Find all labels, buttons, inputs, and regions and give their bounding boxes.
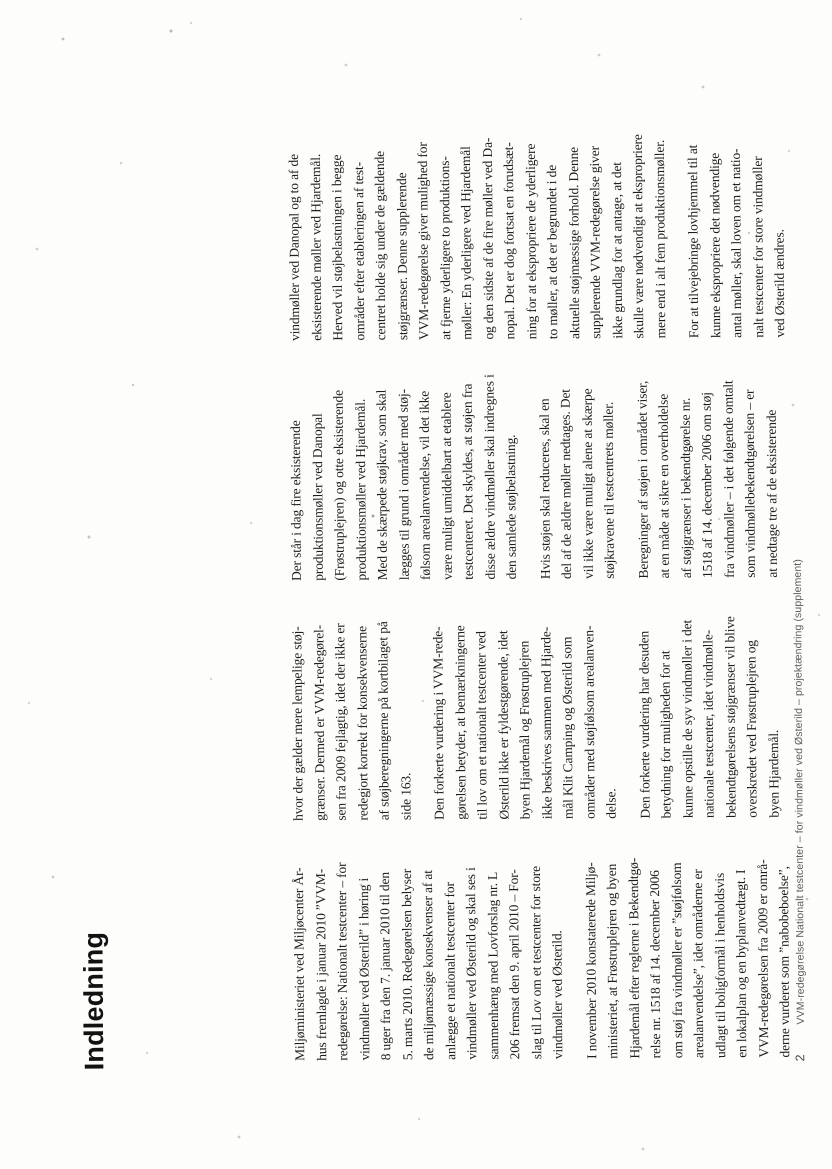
text-line: at en måde at sikre en overholdelse (652, 338, 675, 578)
page-footer: 2 VVM-redegørelse Nationalt testcenter –… (790, 559, 808, 1061)
text-line: om støj fra vindmøller er ”støjfølsom (665, 818, 688, 1058)
text-line: betydning for muligheden for at (654, 578, 677, 818)
text-line: aktuelle støjmæssige forhold. Denne (562, 99, 585, 339)
text-line: skulle være nødvendigt at ekspropriere (627, 98, 650, 338)
text-line: produktionsmøller ved Danopal (306, 341, 329, 581)
text-line: delse. (599, 579, 622, 819)
text-line: vindmøller ved Østerild” i høring i (352, 820, 375, 1060)
text-line: en lokalplan og en byplanvedtægt. I (730, 818, 753, 1058)
page-number: 2 (793, 1054, 807, 1061)
text-line: sammenhæng med Lovforslag nr. L (481, 819, 504, 1059)
text-line: kunne ekspropriere det nødvendige (703, 98, 726, 338)
paragraph: Den forkerte vurdering har desudenbetydn… (632, 578, 784, 819)
text-line: For at tilvejebringe lovhjemmel til at (682, 98, 705, 338)
text-columns: Miljøministeriet ved Miljøcenter År-hus … (282, 77, 795, 1061)
paragraph: vindmøller ved Danopal og to af deeksist… (283, 98, 672, 341)
text-line: udlagt til boligformål i henholdsvis (708, 818, 731, 1058)
text-line: hus fremlagde i januar 2010 ”VVM- (309, 821, 332, 1061)
text-line: 1518 af 14. december 2006 om støj (695, 338, 718, 578)
scanned-page: Indledning Miljøministeriet ved Miljøcen… (0, 0, 832, 1169)
text-column-4: vindmøller ved Danopal og to af deeksist… (283, 97, 791, 341)
text-line: Der står i dag fire eksisterende (284, 341, 307, 581)
text-line: som vindmøllebekendtgørelsen – er (738, 338, 761, 578)
text-line: de miljømæssige konsekvenser af at (417, 820, 440, 1060)
text-line: (Frøstruplejren) og otte eksisterende (327, 341, 350, 581)
text-line: Hjardemål efter reglerne i Bekendtgø- (622, 819, 645, 1059)
text-line: redegjort korrekt for konsekvenserne (350, 580, 373, 820)
text-line: ministeriet, at Frøstruplejren og byen (601, 819, 624, 1059)
text-line: VVM-redegørelse giver mulighed for (412, 100, 435, 340)
text-line: anlægge et nationalt testcenter for (438, 820, 461, 1060)
text-line: testcenteret. Det skyldes, at støjen fra (456, 340, 479, 580)
text-line: byen Hjardemål. (761, 578, 784, 818)
text-line: Herved vil støjbelastningen i begge (326, 101, 349, 341)
text-line: vil ikke være muligt alene at skærpe (576, 339, 599, 579)
text-line: del af de ældre møller nedtages. Det (554, 339, 577, 579)
text-line: arealanvendelse”, idet områderne er (687, 818, 710, 1058)
text-line: ikke beskrives sammen med Hjarde- (534, 579, 557, 819)
text-line: kunne opstille de syv vindmøller i det (675, 578, 698, 818)
text-line: vindmøller ved Danopal og to af de (283, 101, 306, 341)
footer-text: VVM-redegørelse Nationalt testcenter – f… (792, 559, 807, 1024)
text-line: af støjgrænser i bekendtgørelse nr. (674, 338, 697, 578)
text-line: slag til Lov om et testcenter for store (524, 819, 547, 1059)
text-line: støjgrænser. Denne supplerende (390, 100, 413, 340)
text-line: mere end i alt fem produktionsmøller. (648, 98, 671, 338)
paragraph: Hvis støjen skal reduceres, skal endel a… (533, 339, 621, 580)
text-line: og den sidste af de fire møller ved Da- (476, 100, 499, 340)
document-canvas: Indledning Miljøministeriet ved Miljøcen… (0, 0, 832, 1167)
text-line: relse nr. 1518 af 14. december 2006 (644, 818, 667, 1058)
text-line: eksisterende møller ved Hjardemål. (304, 101, 327, 341)
text-line: ikke grundlag for at antage, at det (605, 99, 628, 339)
text-line: 5. marts 2010. Redegørelsen belyser (395, 820, 418, 1060)
text-line: være muligt umiddelbart at etablere (435, 340, 458, 580)
text-line: grænser. Dermed er VVM-redegørel- (307, 581, 330, 821)
text-line: gørelsen betyder, at bemærkningerne (448, 580, 471, 820)
text-line: I november 2010 konstaterede Miljø- (579, 819, 602, 1059)
paragraph: Miljøministeriet ved Miljøcenter År-hus … (288, 819, 569, 1061)
text-line: Hvis støjen skal reduceres, skal en (533, 339, 556, 579)
text-line: hvor der gælder mere lempelige støj- (286, 581, 309, 821)
text-line: Beregninger af støjen i området viser, (631, 338, 654, 578)
text-line: Østerild ikke er fyldestgørende, idet (491, 579, 514, 819)
text-line: den samlede støjbelastning. (499, 339, 522, 579)
text-line: Den forkerte vurdering i VVM-rede- (427, 580, 450, 820)
paragraph: hvor der gælder mere lempelige støj-græn… (286, 580, 417, 821)
text-line: områder efter etableringen af test- (347, 100, 370, 340)
text-line: til lov om et nationalt testcenter ved (470, 580, 493, 820)
text-line: vindmøller ved Østerild og skal ses i (460, 820, 483, 1060)
text-line: to møller, at det er begrundet i de (541, 99, 564, 339)
text-line: bekendtgørelsens støjgrænser vil blive (718, 578, 741, 818)
text-line: supplerende VVM-redegørelse giver (584, 99, 607, 339)
paragraph: I november 2010 konstaterede Miljø-minis… (579, 817, 796, 1058)
text-line: ved Østerild ændres. (768, 97, 791, 337)
text-line: Den forkerte vurdering har desuden (632, 578, 655, 818)
text-line: overskredet ved Frøstruplejren og (740, 578, 763, 818)
text-line: lægges til grund i områder med støj- (392, 340, 415, 580)
text-line: fra vindmøller – i det følgende omtalt (717, 338, 740, 578)
text-line: antal møller, skal loven om et natio- (725, 98, 748, 338)
text-line: Med de skærpede støjkrav, som skal (370, 340, 393, 580)
text-line: nationale testcenter, idet vindmølle- (697, 578, 720, 818)
paragraph: Der står i dag fire eksisterendeprodukti… (284, 339, 522, 581)
text-line: Miljøministeriet ved Miljøcenter År- (288, 821, 311, 1061)
text-line: nalt testcenter for store vindmøller (746, 98, 769, 338)
text-line: VVM-redegørelsen fra 2009 er områ- (751, 818, 774, 1058)
text-line: at nedtage tre af de eksisterende (760, 338, 783, 578)
paragraph: Beregninger af støjen i området viser,at… (631, 338, 783, 579)
text-column-1: Miljøministeriet ved Miljøcenter År-hus … (288, 817, 796, 1061)
text-line: produktionsmøller ved Hjardemål. (349, 340, 372, 580)
paragraph: For at tilvejebringe lovhjemmel til atku… (682, 97, 791, 338)
text-line: nopal. Det er dog fortsat en forudsæt- (498, 99, 521, 339)
text-line: møller: En yderligere ved Hjardemål (455, 100, 478, 340)
text-line: 206 fremsat den 9. april 2010 – For- (503, 819, 526, 1059)
paragraph: Den forkerte vurdering i VVM-rede-gørels… (427, 579, 622, 820)
text-line: disse ældre vindmøller skal indregnes i (478, 340, 501, 580)
text-line: følsom arealanvendelse, vil det ikke (413, 340, 436, 580)
page-title: Indledning (78, 932, 110, 1071)
text-line: centret holde sig under de gældende (369, 100, 392, 340)
text-column-2: hvor der gælder mere lempelige støj-græn… (286, 577, 794, 821)
text-line: side 163. (393, 580, 416, 820)
text-line: byen Hjardemål og Frøstruplejren (513, 579, 536, 819)
text-line: mål Klit Camping og Østerild som (556, 579, 579, 819)
text-line: at fjerne yderligere to produktions- (433, 100, 456, 340)
text-line: vindmøller ved Østerild. (546, 819, 569, 1059)
text-line: områder med støjfølsom arealanven- (577, 579, 600, 819)
text-line: ning for at ekspropriere de yderligere (519, 99, 542, 339)
text-line: 8 uger fra den 7. januar 2010 til den (374, 820, 397, 1060)
text-line: redegørelse: Nationalt testcenter – for (331, 821, 354, 1061)
text-line: af støjberegningerne på kortbilaget på (372, 580, 395, 820)
text-line: sen fra 2009 fejlagtig, idet der ikke er (329, 581, 352, 821)
text-column-3: Der står i dag fire eksisterendeprodukti… (284, 337, 792, 581)
text-line: støjkravene til testcentrets møller. (597, 339, 620, 579)
